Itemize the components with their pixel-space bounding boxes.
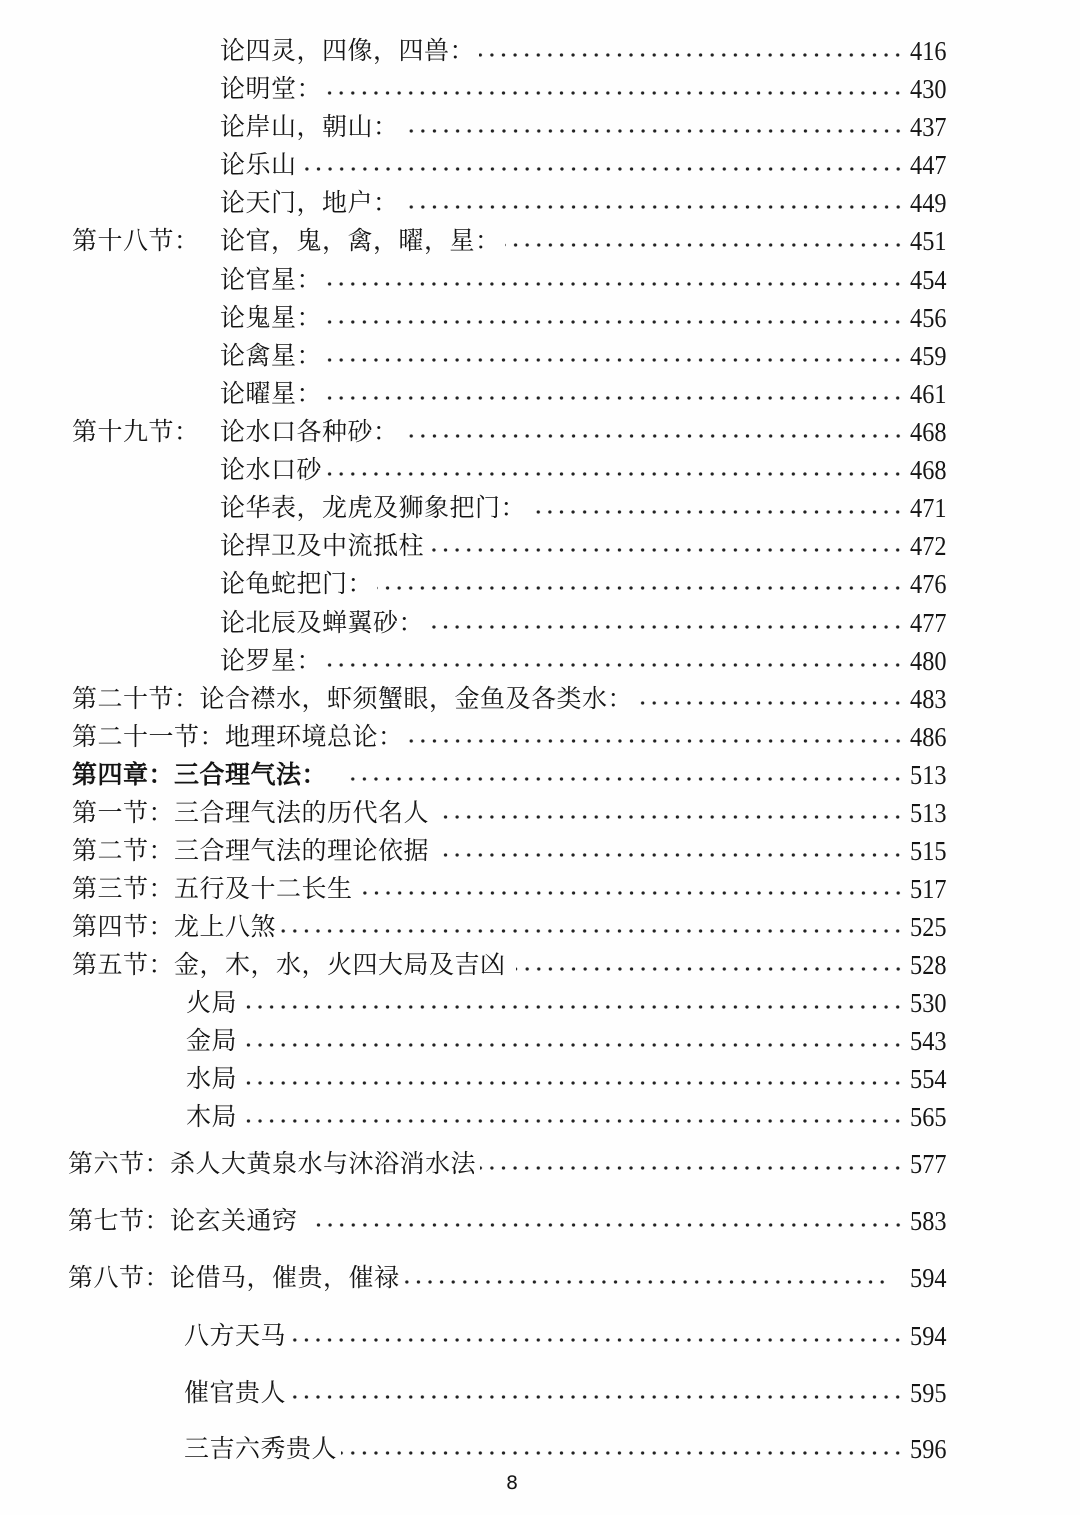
- toc-entry[interactable]: 三吉六秀贵人 596: [184, 1426, 946, 1464]
- leader-dots: [326, 88, 903, 98]
- toc-entry[interactable]: 论罗星： 480: [220, 638, 946, 676]
- toc-entry-section[interactable]: 第一节：三合理气法的历代名人 513: [72, 790, 946, 828]
- toc-entry[interactable]: 论水口砂 468: [220, 447, 946, 485]
- leader-dots: [377, 583, 903, 593]
- toc-entry[interactable]: 论曜星： 461: [220, 371, 946, 409]
- toc-entry-title: 第四节：龙上八煞: [72, 912, 276, 942]
- toc-entry-title: 论官星：: [220, 265, 322, 295]
- toc-entry-page: 594: [910, 1263, 946, 1293]
- toc-entry-title: 第二节：三合理气法的理论依据: [72, 836, 429, 866]
- toc-entry-section[interactable]: 第五节：金，木，水，火四大局及吉凶 528: [72, 942, 946, 980]
- toc-entry-page: 596: [910, 1434, 946, 1464]
- leader-dots: [505, 240, 904, 250]
- toc-entry[interactable]: 论四灵，四像，四兽： 416: [220, 28, 946, 66]
- toc-entry-title: 八方天马: [184, 1321, 286, 1351]
- toc-entry-title: 第一节：三合理气法的历代名人: [72, 798, 429, 828]
- toc-entry-page: 480: [910, 646, 946, 676]
- toc-entry[interactable]: 火局 530: [186, 980, 946, 1018]
- toc-entry-page: 594: [910, 1321, 946, 1351]
- leader-dots: [516, 964, 904, 974]
- leader-dots: [280, 926, 903, 936]
- toc-entry-page: 447: [910, 150, 946, 180]
- toc-entry-title: 论龟蛇把门：: [220, 569, 373, 599]
- toc-entry-section[interactable]: 第三节：五行及十二长生 517: [72, 866, 946, 904]
- leader-dots: [326, 469, 903, 479]
- leader-dots: [341, 1448, 903, 1458]
- toc-entry-section[interactable]: 第八节：论借马，催贵，催禄 594: [68, 1255, 946, 1293]
- toc-entry-title: 论华表，龙虎及狮象把门：: [220, 493, 526, 523]
- toc-entry-page: 468: [910, 455, 946, 485]
- toc-entry-title: 论北辰及蝉翼砂：: [220, 608, 424, 638]
- toc-entry-page: 449: [910, 188, 946, 218]
- toc-entry[interactable]: 金局 543: [186, 1018, 946, 1056]
- toc-entry-chapter[interactable]: 第四章：三合理气法： 513: [72, 752, 946, 790]
- toc-entry-title: 第七节：论玄关通窍: [68, 1206, 298, 1236]
- toc-entry[interactable]: 论官星： 454: [220, 257, 946, 295]
- leader-dots: [403, 202, 904, 212]
- toc-entry-title: 论岸山，朝山：: [220, 112, 399, 142]
- leader-dots: [349, 774, 903, 784]
- toc-entry-page: 454: [910, 265, 946, 295]
- toc-entry[interactable]: 论禽星： 459: [220, 333, 946, 371]
- toc-entry-page: 430: [910, 74, 946, 104]
- toc-entry-title: 第二十节：论合襟水，虾须蟹眼，金鱼及各类水：: [72, 684, 633, 714]
- toc-entry-page: 483: [910, 684, 946, 714]
- toc-entry-title: 第三节：五行及十二长生: [72, 874, 353, 904]
- toc-entry-title: 论捍卫及中流抵柱: [220, 531, 424, 561]
- toc-entry[interactable]: 论北辰及蝉翼砂： 477: [220, 600, 946, 638]
- toc-entry-page: 583: [910, 1206, 946, 1236]
- toc-entry[interactable]: 论天门，地户： 449: [220, 180, 946, 218]
- toc-entry[interactable]: 催官贵人 595: [184, 1370, 946, 1408]
- leader-dots: [241, 1040, 903, 1050]
- toc-entry-title: 水局: [186, 1064, 237, 1094]
- leader-dots: [326, 355, 903, 365]
- toc-entry[interactable]: 水局 554: [186, 1056, 946, 1094]
- toc-entry-title: 第六节：杀人大黄泉水与沐浴消水法: [68, 1149, 476, 1179]
- toc-entry-page: 530: [910, 988, 946, 1018]
- toc-entry-title: 金局: [186, 1026, 237, 1056]
- toc-entry-title: 论罗星：: [220, 646, 322, 676]
- toc-entry-section[interactable]: 论水口各种砂： 468: [220, 409, 946, 447]
- toc-entry[interactable]: 木局 565: [186, 1094, 946, 1132]
- toc-entry-page: 472: [910, 531, 946, 561]
- toc-entry-title: 论鬼星：: [220, 303, 322, 333]
- toc-entry-title: 第二十一节：地理环境总论：: [72, 722, 404, 752]
- toc-entry-page: 513: [910, 760, 946, 790]
- toc-entry-page: 577: [910, 1149, 946, 1179]
- toc-entry[interactable]: 论华表，龙虎及狮象把门： 471: [220, 485, 946, 523]
- toc-entry-page: 517: [910, 874, 946, 904]
- toc-entry-title: 论四灵，四像，四兽：: [220, 36, 475, 66]
- toc-entry-title: 火局: [186, 988, 237, 1018]
- toc-entry-page: 471: [910, 493, 946, 523]
- leader-dots: [363, 888, 904, 898]
- leader-dots: [530, 507, 903, 517]
- toc-entry-page: 477: [910, 608, 946, 638]
- toc-page: 论四灵，四像，四兽： 416 论明堂： 430 论岸山，朝山： 437 论乐山 …: [0, 0, 1080, 1515]
- leader-dots: [403, 431, 904, 441]
- leader-dots: [637, 698, 903, 708]
- leader-dots: [404, 1277, 888, 1287]
- toc-entry-title: 论明堂：: [220, 74, 322, 104]
- chapter-title: 第四章：三合理气法：: [72, 760, 327, 790]
- toc-entry-page: 451: [910, 226, 946, 256]
- toc-entry-section[interactable]: 第二节：三合理气法的理论依据 515: [72, 828, 946, 866]
- toc-entry-page: 525: [910, 912, 946, 942]
- leader-dots: [326, 393, 903, 403]
- toc-entry-section[interactable]: 第二十一节：地理环境总论： 486: [72, 714, 946, 752]
- toc-entry-section[interactable]: 第七节：论玄关通窍 583: [68, 1198, 946, 1236]
- toc-entry-page: 595: [910, 1378, 946, 1408]
- toc-entry-page: 456: [910, 303, 946, 333]
- toc-entry-title: 论乐山: [220, 150, 297, 180]
- toc-entry-title: 第五节：金，木，水，火四大局及吉凶: [72, 950, 506, 980]
- leader-dots: [439, 812, 903, 822]
- leader-dots: [403, 126, 904, 136]
- section-prefix: 第十九节：: [72, 417, 200, 447]
- toc-entry-page: 565: [910, 1102, 946, 1132]
- toc-entry-title: 论水口各种砂：: [220, 417, 399, 447]
- toc-entry-page: 416: [910, 36, 946, 66]
- leader-dots: [290, 1335, 903, 1345]
- toc-entry[interactable]: 论岸山，朝山： 437: [220, 104, 946, 142]
- toc-entry-page: 437: [910, 112, 946, 142]
- toc-entry-title: 论官，鬼，禽，曜，星：: [220, 226, 501, 256]
- leader-dots: [480, 1163, 903, 1173]
- toc-entry[interactable]: 论乐山 447: [220, 142, 946, 180]
- toc-entry-section[interactable]: 第六节：杀人大黄泉水与沐浴消水法 577: [68, 1141, 946, 1179]
- toc-entry-section[interactable]: 第二十节：论合襟水，虾须蟹眼，金鱼及各类水： 483: [72, 676, 946, 714]
- toc-entry-title: 第八节：论借马，催贵，催禄: [68, 1263, 400, 1293]
- toc-entry-title: 三吉六秀贵人: [184, 1434, 337, 1464]
- leader-dots: [428, 545, 903, 555]
- page-number: 8: [506, 1472, 518, 1494]
- leader-dots: [326, 660, 903, 670]
- toc-entry[interactable]: 论龟蛇把门： 476: [220, 561, 946, 599]
- toc-entry-page: 468: [910, 417, 946, 447]
- leader-dots: [301, 164, 904, 174]
- leader-dots: [241, 1078, 903, 1088]
- toc-entry-title: 木局: [186, 1102, 237, 1132]
- toc-entry-page: 513: [910, 798, 946, 828]
- section-prefix: 第十八节：: [72, 226, 200, 256]
- leader-dots: [479, 50, 903, 60]
- toc-entry-title: 论曜星：: [220, 379, 322, 409]
- toc-entry[interactable]: 论鬼星： 456: [220, 295, 946, 333]
- toc-entry-page: 554: [910, 1064, 946, 1094]
- leader-dots: [408, 736, 904, 746]
- leader-dots: [241, 1116, 903, 1126]
- leader-dots: [241, 1002, 903, 1012]
- toc-entry-title: 催官贵人: [184, 1378, 286, 1408]
- leader-dots: [439, 850, 903, 860]
- toc-entry[interactable]: 八方天马 594: [184, 1313, 946, 1351]
- toc-entry-title: 论禽星：: [220, 341, 322, 371]
- leader-dots: [290, 1392, 903, 1402]
- toc-entry-section[interactable]: 论官，鬼，禽，曜，星： 451: [220, 218, 946, 256]
- toc-entry-page: 459: [910, 341, 946, 371]
- toc-entry-page: 528: [910, 950, 946, 980]
- leader-dots: [310, 1220, 904, 1230]
- leader-dots: [326, 317, 903, 327]
- leader-dots: [428, 622, 903, 632]
- toc-entry-title: 论天门，地户：: [220, 188, 399, 218]
- toc-entry-page: 543: [910, 1026, 946, 1056]
- toc-entry-title: 论水口砂: [220, 455, 322, 485]
- toc-entry-page: 461: [910, 379, 946, 409]
- toc-entry-page: 515: [910, 836, 946, 866]
- toc-entry-page: 476: [910, 569, 946, 599]
- toc-entry-page: 486: [910, 722, 946, 752]
- toc-entry[interactable]: 论明堂： 430: [220, 66, 946, 104]
- leader-dots: [326, 279, 903, 289]
- toc-entry-section[interactable]: 第四节：龙上八煞 525: [72, 904, 946, 942]
- toc-entry[interactable]: 论捍卫及中流抵柱 472: [220, 523, 946, 561]
